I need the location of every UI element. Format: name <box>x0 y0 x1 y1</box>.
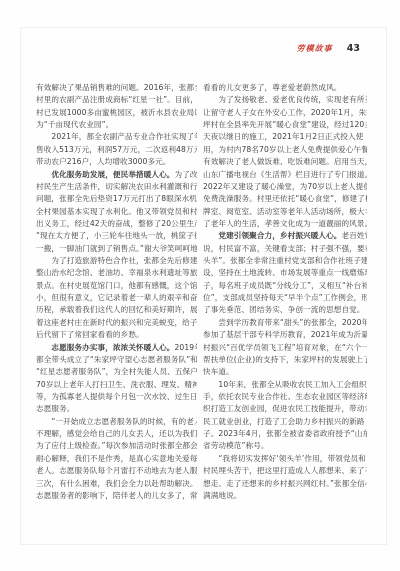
text-line: 坪村在全县率先开展“暖心食堂”建设，经过120多 <box>203 119 367 131</box>
text-line: 省劳动模范”称号。 <box>203 440 367 452</box>
text-line: 村民埋头苦干，把这里打造成人人都想来、来了不 <box>203 465 367 477</box>
text-line: 头羊”。张都全非常注重村党支部和合作社班子建 <box>203 255 367 267</box>
column-title: 劳模故事 <box>297 44 333 53</box>
text-line: 村里的农副产品注册成商标“红星一社”。目前，全 <box>36 94 197 106</box>
text-line: 景点。在村史展览馆门口，他都有感慨，这个馆虽 <box>36 280 197 292</box>
text-line: 牌室、阅览室、活动室等老年人活动场所，极大丰富 <box>203 206 367 218</box>
text-line: 天夜以继日的施工，2021年1月2日正式投入使 <box>203 131 367 143</box>
text-line: 优化服务助发展，便民举措暖人心。为了改善 <box>36 169 197 181</box>
text-line: 志愿服务者的影响下，陪伴老人的儿女多了，常回 <box>36 490 197 502</box>
right-text-column: 看看的儿女更多了，尊老爱老蔚然成风。 为了发扬敬老、爱老优良传统，实现老有所养，… <box>203 82 367 502</box>
page-number: 43 <box>347 43 360 54</box>
text-line: 带动农户216户，人均增收3000多元。 <box>36 156 197 168</box>
text-line: 2021年，都全农副产品专业合作社实现了年销 <box>36 131 197 143</box>
text-line: 一搬，一脚油门就到了销售点。”谢大爷笑呵呵地说。 <box>36 243 197 255</box>
text-line: 让留守老人子女在外安心工作，2020年1月，朱家 <box>203 107 367 119</box>
text-line: “现在太方便了，小三轮车往地头一放，桃筐子往车上 <box>36 230 197 242</box>
text-line: 10年来，张都全从吸收农民工加入工会组织入 <box>203 379 367 391</box>
text-line: 想走、走了还想来的乡村振兴网红村。”张都全信心 <box>203 478 367 490</box>
text-line: 村民生产生活条件，切实解决农田水利灌溉和行路难 <box>36 181 197 193</box>
text-line: 设，坚持在土地流转、市场发展等重点一线磨炼班 <box>203 267 367 279</box>
text-line: 看看的儿女更多了，尊老爱老蔚然成风。 <box>203 82 367 94</box>
text-line: 2022年又建设了暖心澡堂，为70岁以上老人提供 <box>203 181 367 193</box>
text-line: “我将切实发挥好‘领头羊’作用，带领党员和 <box>203 453 367 465</box>
text-line: 售收入513万元，利润57万元，二次返利48万元， <box>36 144 197 156</box>
text-line: 快车道。 <box>203 366 367 378</box>
text-line: 为“千亩现代农业园”。 <box>36 119 197 131</box>
text-line: 出义务工，经过42天的奋战，整修了20公里生产路。 <box>36 218 197 230</box>
text-line: 历程，承载着我们这代人的回忆和美好期许，展现 <box>36 304 197 316</box>
text-line: 满满地说。 <box>203 490 367 502</box>
text-line: 志愿服务办实事，浓浓关怀暖人心。2019年张 <box>36 342 197 354</box>
text-line: 耐心解释，我们不是作秀，是真心实意地关爱每个 <box>36 453 197 465</box>
text-line: 手，依托农民专业合作社、生态农业园区等经济组 <box>203 391 367 403</box>
text-line: 三次，有什么困难，我们会全力以赴帮助解决。在 <box>36 478 197 490</box>
text-line: 民工就业创业，打造了工会助力乡村振兴的新路 <box>203 416 367 428</box>
text-line: 后代留下了常回家看看的乡愁。 <box>36 329 197 341</box>
text-line: 为了打造旅游特色合作社，张都全先后修建了 <box>36 255 197 267</box>
page-header: 劳模故事 43 <box>0 36 360 55</box>
text-line: 了事先垂范、团结务实、争创一流的思想自觉。 <box>203 304 367 316</box>
text-line: 用，为村内78名70岁以上老人免费提供爱心午餐， <box>203 144 367 156</box>
text-line: 子。2023年4月，张都全被省委省政府授予“山东 <box>203 428 367 440</box>
magazine-page: 劳模故事 43 有效解决了果品销售难的问题。2016年，张都全把村里的农副产品注… <box>0 0 400 571</box>
text-line: 老人。志愿服务队每个月雷打不动地去为老人服务 <box>36 465 197 477</box>
text-line: 子，每名班子成员既“分线分工”，又相互“补台补 <box>203 280 367 292</box>
text-line: 织打造工友创业园，促进农民工技能提升，带动农 <box>203 403 367 415</box>
text-line: 党建引领聚合力，乡村振兴暖人心。老百姓常 <box>203 230 367 242</box>
text-line: 小，但很有意义，它记录着老一辈人的艰辛和奋斗 <box>36 292 197 304</box>
text-line: 70岁以上老年人打扫卫生、洗衣服、理发、精神陪伴 <box>36 379 197 391</box>
text-line: 着这座老村庄在新时代的振兴和完美蜕变，给子孙 <box>36 317 197 329</box>
text-line: 位”，支部成员坚持每天“早半个点”工作例会，形成 <box>203 292 367 304</box>
text-line: 不理解，感觉会给自己的儿女丢人，还以为我们是 <box>36 428 197 440</box>
text-line: 尝到学历教育带来“甜头”的张都全，2020年又 <box>203 317 367 329</box>
text-line: 为了应付上级检查。”每次参加活动时张都全都会 <box>36 440 197 452</box>
text-line: 了老年人的生活，孝善文化成为一道靓丽的风景。 <box>203 218 367 230</box>
text-line: 志愿服务。 <box>36 403 197 415</box>
text-line: 免费洗澡服务。村里还依托“暖心食堂”，修建了棋 <box>203 193 367 205</box>
text-line: 有效解决了老人做饭难、吃饭难问题。启用当天， <box>203 156 367 168</box>
text-line: 问题，张都全先后垫资17万元打出了8眼深水机井， <box>36 193 197 205</box>
text-line: 村振兴“百优学员领飞工程”培育对象，在“六个一” <box>203 342 367 354</box>
left-text-column: 有效解决了果品销售难的问题。2016年，张都全把村里的农副产品注册成商标“红星一… <box>36 82 197 502</box>
text-line: “一开始成立志愿者服务队的时候，有的老人 <box>36 416 197 428</box>
text-line: 村已发展1000多亩蜜桃园区，被沂水县农业局评 <box>36 107 197 119</box>
text-line: 都全带头成立了“朱家坪守望心志愿者服务队”和 <box>36 354 197 366</box>
text-line: 说，村民富不富，关键看支部；村子强不强，要看“领 <box>203 243 367 255</box>
text-line: 全村果园基本实现了水利化。他又带领党员和村民 <box>36 206 197 218</box>
text-line: 参加了基层干部专科学历教育，2021年成为沂蒙乡 <box>203 329 367 341</box>
text-line: “红星志愿者服务队”，为全村失能人员、五保户和 <box>36 366 197 378</box>
text-line: 等，为孤寡老人提供每个月包一次水饺、过生日等 <box>36 391 197 403</box>
text-line: 帮扶单位(企业)的支持下，朱家坪村的发展驶上了 <box>203 354 367 366</box>
text-line: 整山治水纪念馆、老油坊、幸福泉水利遗址等旅游 <box>36 267 197 279</box>
text-line: 为了发扬敬老、爱老优良传统，实现老有所养， <box>203 94 367 106</box>
text-line: 山东广播电视台《生活帮》栏目进行了专门报道。 <box>203 169 367 181</box>
text-line: 有效解决了果品销售难的问题。2016年，张都全把 <box>36 82 197 94</box>
